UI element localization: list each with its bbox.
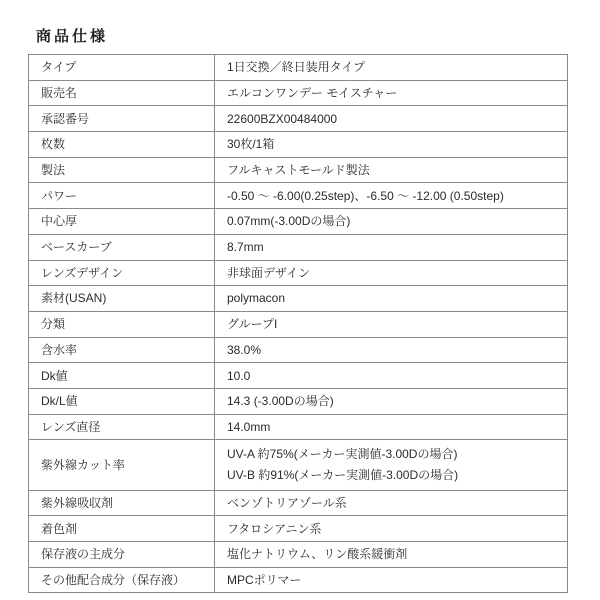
table-row: Dk値 10.0 [29,363,568,389]
spec-value: フタロシアニン系 [215,516,568,542]
spec-label: Dk/L値 [29,388,215,414]
spec-label: タイプ [29,55,215,81]
spec-value: 非球面デザイン [215,260,568,286]
spec-label: レンズ直径 [29,414,215,440]
spec-label: 着色剤 [29,516,215,542]
table-row: 紫外線吸収剤 ベンゾトリアゾール系 [29,490,568,516]
spec-value: 1日交換／終日装用タイプ [215,55,568,81]
spec-label: 販売名 [29,80,215,106]
spec-label: 含水率 [29,337,215,363]
table-row: 着色剤 フタロシアニン系 [29,516,568,542]
spec-value: グループI [215,311,568,337]
table-row: 素材(USAN) polymacon [29,286,568,312]
spec-label: 保存液の主成分 [29,542,215,568]
spec-value: MPCポリマー [215,567,568,593]
spec-label: パワー [29,183,215,209]
spec-label: 素材(USAN) [29,286,215,312]
spec-value: 30枚/1箱 [215,132,568,158]
spec-table-body: タイプ 1日交換／終日装用タイプ 販売名 エルコンワンデー モイスチャー 承認番… [29,55,568,593]
spec-value: 14.3 (-3.00Dの場合) [215,388,568,414]
table-row: その他配合成分（保存液） MPCポリマー [29,567,568,593]
table-row: レンズデザイン 非球面デザイン [29,260,568,286]
page-title: 商品仕様 [36,25,572,46]
table-row: 含水率 38.0% [29,337,568,363]
spec-label: その他配合成分（保存液） [29,567,215,593]
table-row: 保存液の主成分 塩化ナトリウム、リン酸系緩衝剤 [29,542,568,568]
table-row: パワー -0.50 ～ -6.00(0.25step)、-6.50 ～ -12.… [29,183,568,209]
spec-label: 承認番号 [29,106,215,132]
spec-value: 塩化ナトリウム、リン酸系緩衝剤 [215,542,568,568]
table-row: ベースカーブ 8.7mm [29,234,568,260]
table-row: 中心厚 0.07mm(-3.00Dの場合) [29,209,568,235]
table-row: タイプ 1日交換／終日装用タイプ [29,55,568,81]
table-row: 分類 グループI [29,311,568,337]
spec-label: 分類 [29,311,215,337]
spec-label: 紫外線カット率 [29,440,215,490]
spec-value: ベンゾトリアゾール系 [215,490,568,516]
table-row: 販売名 エルコンワンデー モイスチャー [29,80,568,106]
table-row: 製法 フルキャストモールド製法 [29,157,568,183]
spec-value: 8.7mm [215,234,568,260]
spec-label: ベースカーブ [29,234,215,260]
spec-value: -0.50 ～ -6.00(0.25step)、-6.50 ～ -12.00 (… [215,183,568,209]
table-row: 紫外線カット率 UV-A 約75%(メーカー実測値-3.00Dの場合) UV-B… [29,440,568,490]
table-row: 枚数 30枚/1箱 [29,132,568,158]
spec-value: 22600BZX00484000 [215,106,568,132]
spec-value: 0.07mm(-3.00Dの場合) [215,209,568,235]
spec-label: レンズデザイン [29,260,215,286]
spec-value: 14.0mm [215,414,568,440]
spec-label: 中心厚 [29,209,215,235]
table-row: 承認番号 22600BZX00484000 [29,106,568,132]
product-spec-page: 商品仕様 タイプ 1日交換／終日装用タイプ 販売名 エルコンワンデー モイスチャ… [0,0,600,600]
spec-value: polymacon [215,286,568,312]
spec-value: 38.0% [215,337,568,363]
product-spec-table: タイプ 1日交換／終日装用タイプ 販売名 エルコンワンデー モイスチャー 承認番… [28,54,568,593]
spec-label: 製法 [29,157,215,183]
table-row: Dk/L値 14.3 (-3.00Dの場合) [29,388,568,414]
spec-label: 紫外線吸収剤 [29,490,215,516]
spec-label: Dk値 [29,363,215,389]
spec-value: エルコンワンデー モイスチャー [215,80,568,106]
spec-value: 10.0 [215,363,568,389]
table-row: レンズ直径 14.0mm [29,414,568,440]
spec-value: UV-A 約75%(メーカー実測値-3.00Dの場合) UV-B 約91%(メー… [215,440,568,490]
spec-value: フルキャストモールド製法 [215,157,568,183]
spec-label: 枚数 [29,132,215,158]
